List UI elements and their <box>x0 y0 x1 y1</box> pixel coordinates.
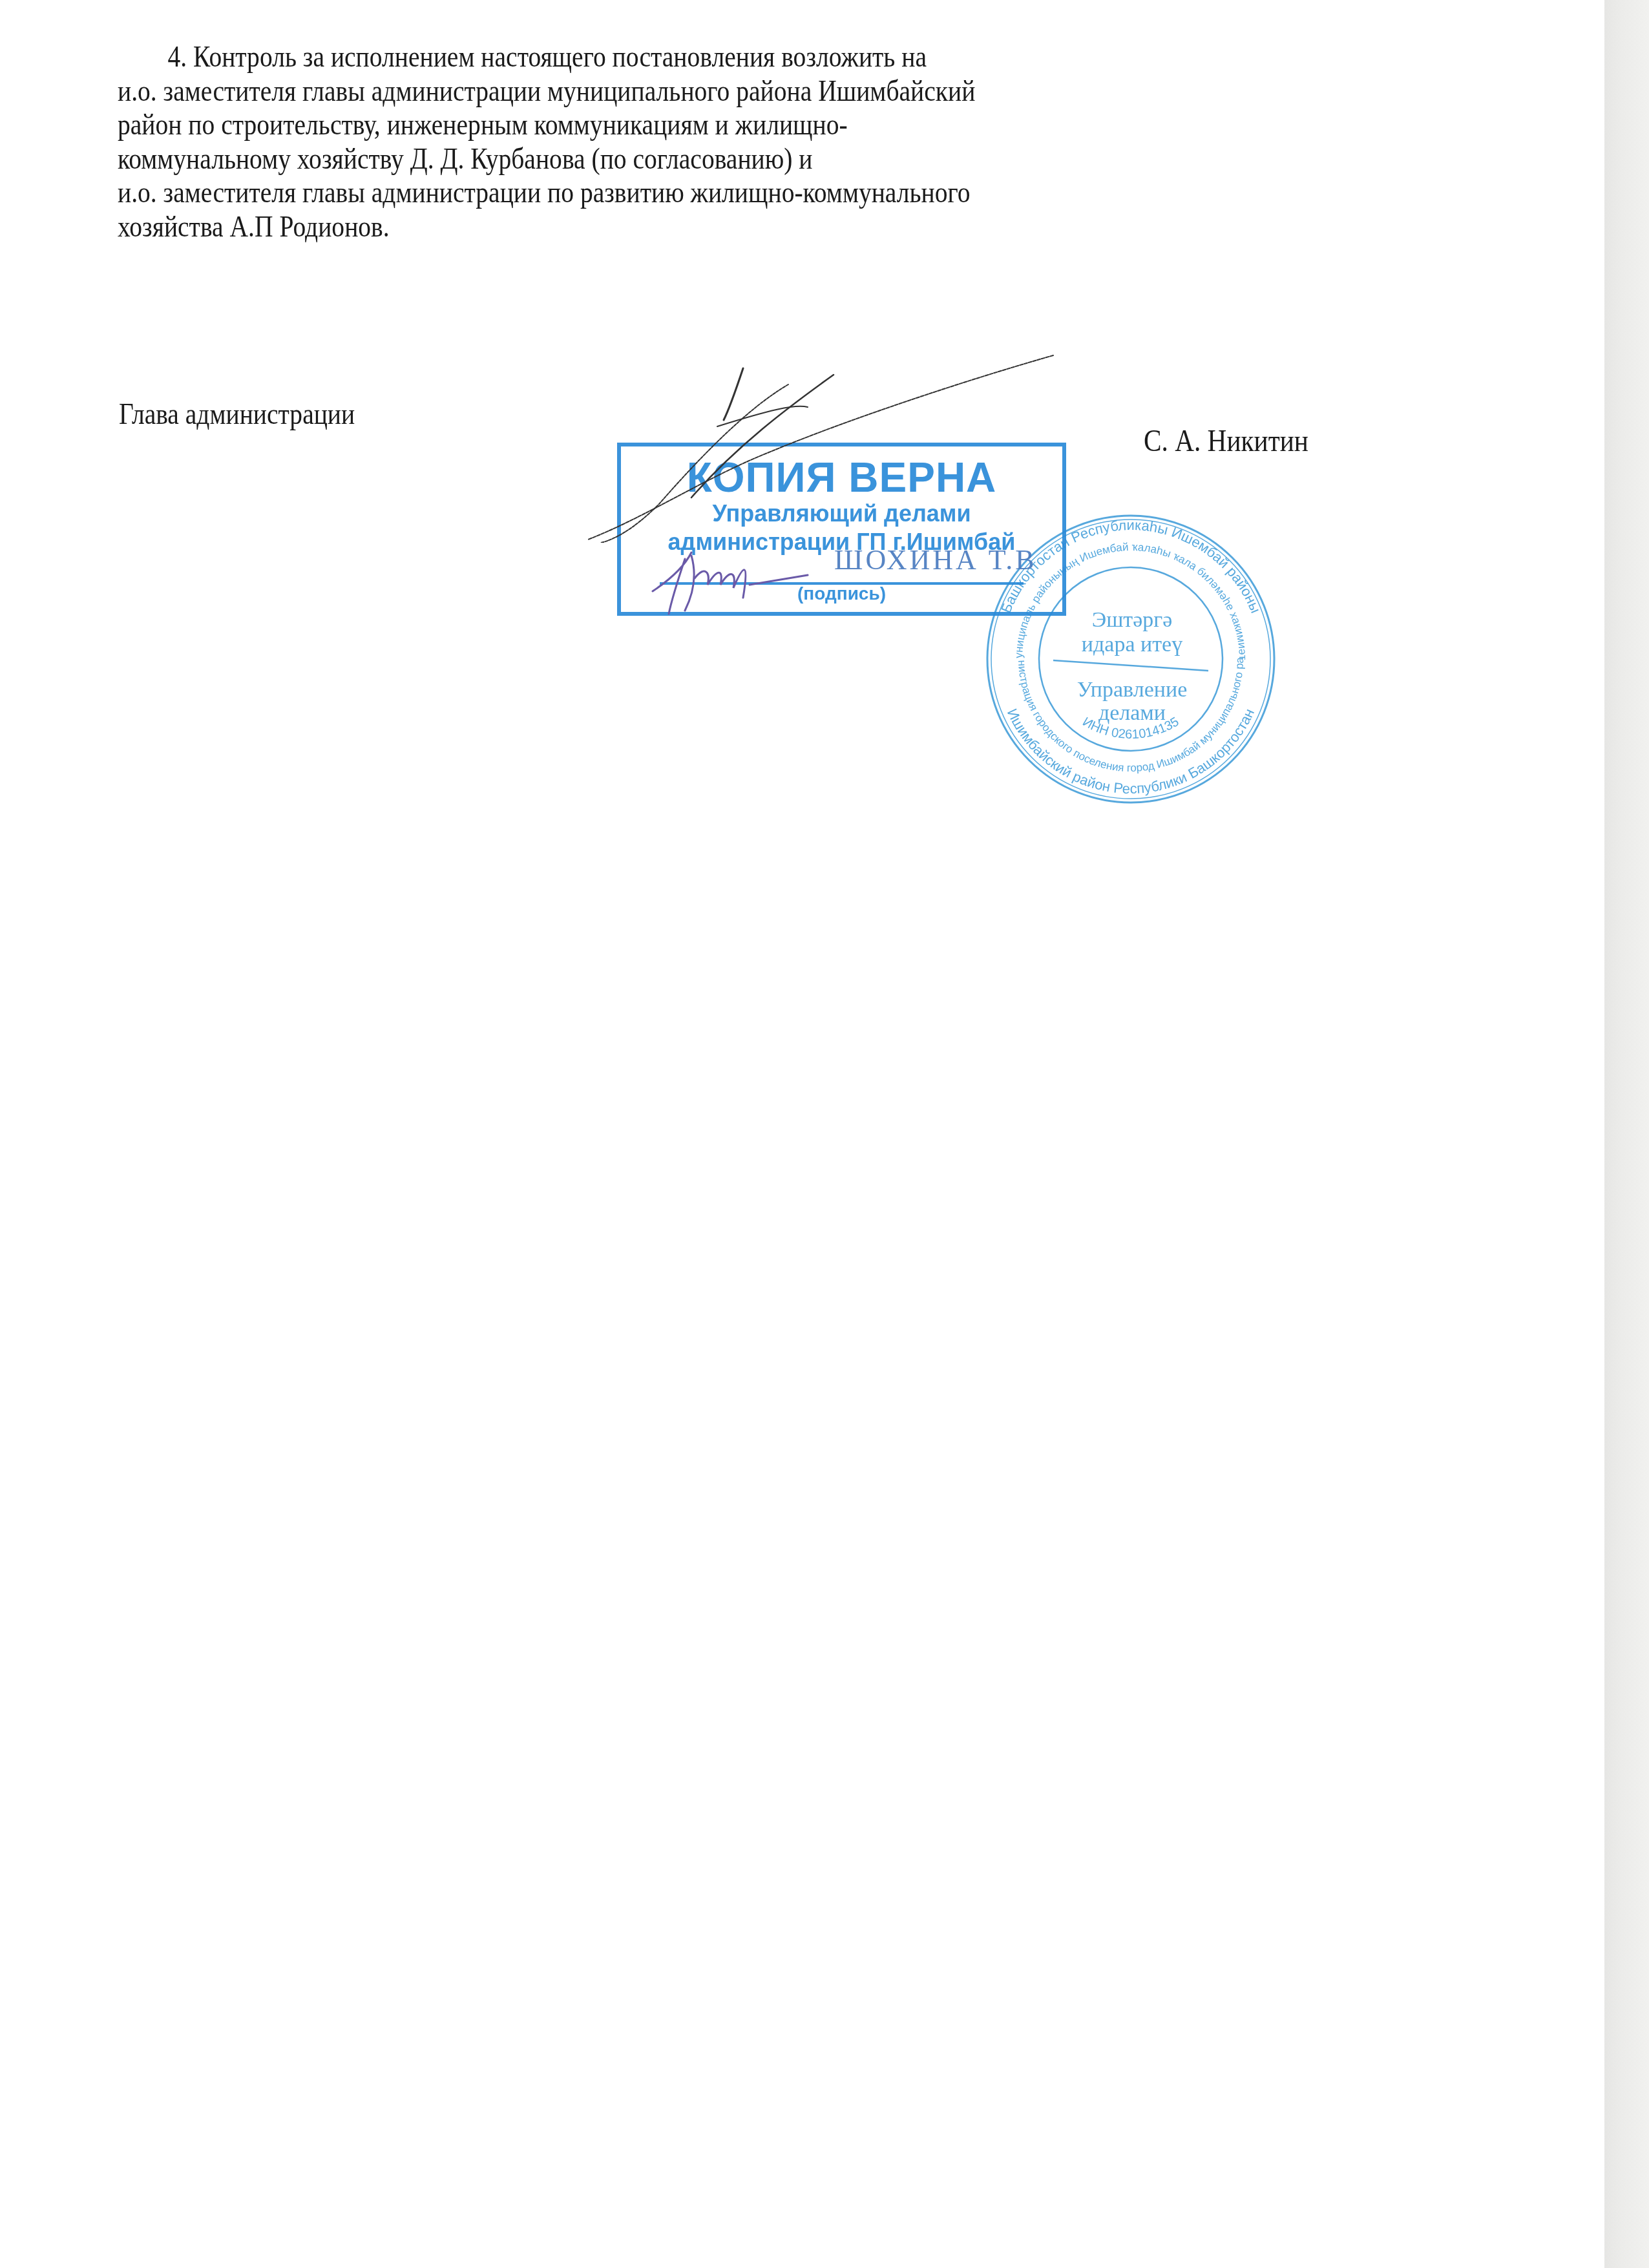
stamp-heading: КОПИЯ ВЕРНА <box>621 456 1062 499</box>
text-line: и.о. заместителя главы администрации по … <box>118 176 1507 210</box>
stamp-signature-caption: (подпись) <box>621 583 1062 604</box>
paragraph-4: 4. Контроль за исполнением настоящего по… <box>118 40 1507 244</box>
seal-center-bottom-1: Управление <box>1077 678 1188 702</box>
stamp-line-1: Управляющий делами <box>621 499 1062 528</box>
text-line: хозяйства А.П Родионов. <box>118 210 1507 244</box>
text-line: район по строительству, инженерным комму… <box>118 108 1507 142</box>
copy-certified-stamp: КОПИЯ ВЕРНА Управляющий делами администр… <box>617 443 1066 616</box>
signer-title: Глава администрации <box>119 397 355 431</box>
seal-center-top-1: Эштәргә <box>1092 608 1173 632</box>
seal-center-top-2: идара итеү <box>1082 633 1182 656</box>
text-line: 4. Контроль за исполнением настоящего по… <box>118 40 1507 74</box>
text-line: коммунальному хозяйству Д. Д. Курбанова … <box>118 142 1507 176</box>
signer-name: С. А. Никитин <box>1144 423 1308 459</box>
seal-center-bottom-2: делами <box>1098 701 1166 725</box>
stamp-certifier-name: ШОХИНА Т.В <box>834 543 1037 576</box>
text-line: и.о. заместителя главы администрации мун… <box>118 74 1507 109</box>
scanner-edge-band <box>1604 0 1649 2268</box>
